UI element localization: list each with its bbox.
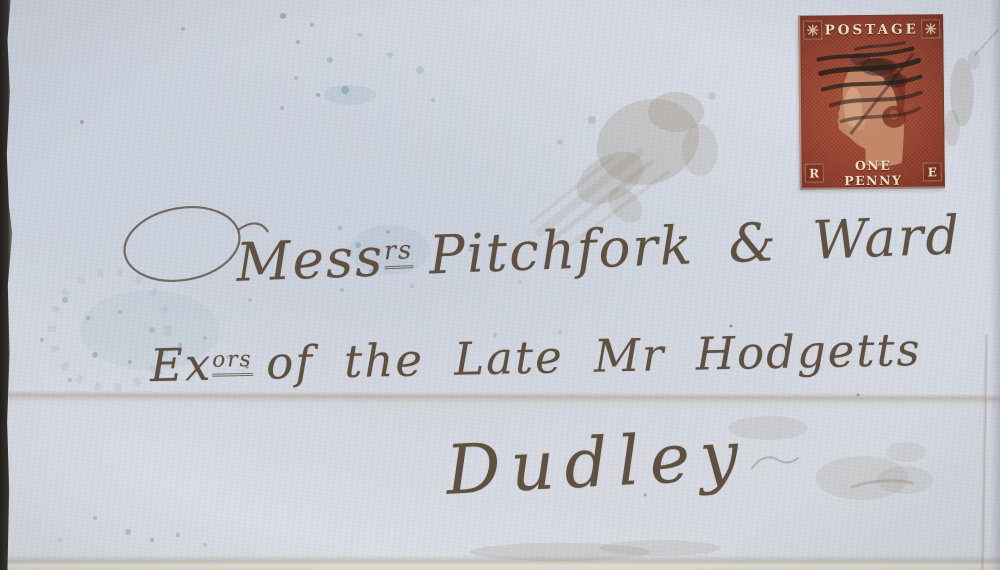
left-photo-edge (0, 0, 17, 570)
address-line-1-superscript: rs (383, 234, 414, 269)
stamp-bottom-banner: R ONE PENNY E (805, 161, 942, 183)
address-line-3-town: Dudley (444, 416, 750, 511)
address-line-1: MessrsPitchfork & Ward (235, 205, 962, 294)
ghost-smudge (877, 466, 933, 494)
penny-red-stamp: POSTAGE R ONE PENNY E (798, 14, 945, 190)
stamp-postage-label: POSTAGE (822, 21, 921, 38)
letter-photo: POSTAGE R ONE PENNY E MessrsPitchfork & … (0, 0, 1000, 570)
stamp-star-ornament-left (803, 21, 822, 40)
bottom-paper-edge (0, 555, 1000, 570)
horizontal-fold-crease (0, 390, 1000, 410)
stamp-star-ornament-right (921, 19, 940, 38)
right-vertical-crease (980, 335, 989, 570)
address-line-2-superscript: ors (212, 347, 253, 377)
address-town: Dudley (444, 416, 750, 511)
address-line-2-rest: of the Late Mr Hodgetts (266, 323, 922, 390)
address-line-2: Exorsof the Late Mr Hodgetts (150, 323, 923, 392)
stamp-corner-letter-right: E (923, 162, 942, 181)
stamp-corner-letter-left: R (805, 164, 824, 183)
stain-lower-right (728, 416, 926, 500)
stamp-one-penny-label: ONE PENNY (824, 157, 923, 188)
right-photo-edge (990, 0, 1000, 570)
stamp-top-banner: POSTAGE (803, 18, 940, 40)
address-line-1-prefix: Mess (235, 227, 385, 294)
address-line-1-rest: Pitchfork & Ward (428, 205, 962, 286)
address-line-2-prefix: Ex (150, 338, 213, 392)
